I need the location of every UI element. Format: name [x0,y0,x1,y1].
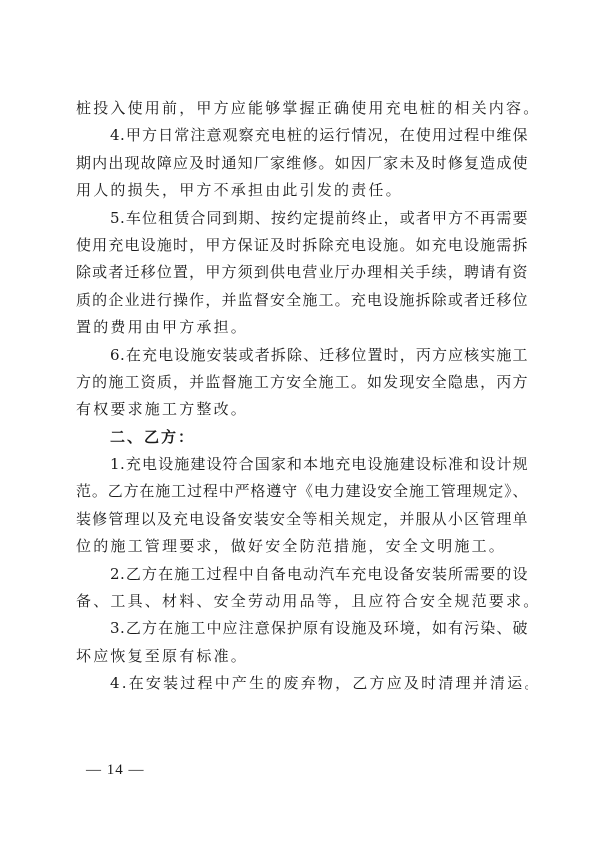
text-line: 范。乙方在施工过程中严格遵守《电力建设安全施工管理规定》、 [76,478,528,505]
clause-yi-1: 1.充电设施建设符合国家和本地充电设施建设标准和设计规 [76,451,528,478]
section-heading-yi: 二、乙方： [76,424,528,451]
text-line: 使用充电设施时，甲方保证及时拆除充电设施。如充电设施需拆 [76,232,528,259]
text-line: 有权要求施工方整改。 [76,396,528,423]
text-line: 桩投入使用前，甲方应能够掌握正确使用充电桩的相关内容。 [76,95,528,122]
text-line: 装修管理以及充电设备安装安全等相关规定，并服从小区管理单 [76,506,528,533]
clause-yi-4: 4.在安装过程中产生的废弃物，乙方应及时清理并清运。 [76,670,528,697]
text-line: 除或者迁移位置，甲方须到供电营业厅办理相关手续，聘请有资 [76,259,528,286]
clause-jia-6: 6.在充电设施安装或者拆除、迁移位置时，丙方应核实施工 [76,342,528,369]
text-line: 方的施工资质，并监督施工方安全施工。如发现安全隐患，丙方 [76,369,528,396]
page-number: — 14 — [86,762,145,779]
clause-yi-2: 2.乙方在施工过程中自备电动汽车充电设备安装所需要的设 [76,561,528,588]
text-line: 备、工具、材料、安全劳动用品等，且应符合安全规范要求。 [76,588,528,615]
clause-jia-4: 4.甲方日常注意观察充电桩的运行情况，在使用过程中维保 [76,122,528,149]
text-line: 质的企业进行操作，并监督安全施工。充电设施拆除或者迁移位 [76,287,528,314]
text-line: 置的费用由甲方承担。 [76,314,528,341]
text-line: 位的施工管理要求，做好安全防范措施，安全文明施工。 [76,533,528,560]
text-line: 期内出现故障应及时通知厂家维修。如因厂家未及时修复造成使 [76,150,528,177]
document-body: 桩投入使用前，甲方应能够掌握正确使用充电桩的相关内容。 4.甲方日常注意观察充电… [76,95,528,698]
document-page: 桩投入使用前，甲方应能够掌握正确使用充电桩的相关内容。 4.甲方日常注意观察充电… [0,0,600,848]
text-line: 坏应恢复至原有标准。 [76,643,528,670]
text-line: 用人的损失，甲方不承担由此引发的责任。 [76,177,528,204]
clause-jia-5: 5.车位租赁合同到期、按约定提前终止，或者甲方不再需要 [76,205,528,232]
clause-yi-3: 3.乙方在施工中应注意保护原有设施及环境，如有污染、破 [76,615,528,642]
